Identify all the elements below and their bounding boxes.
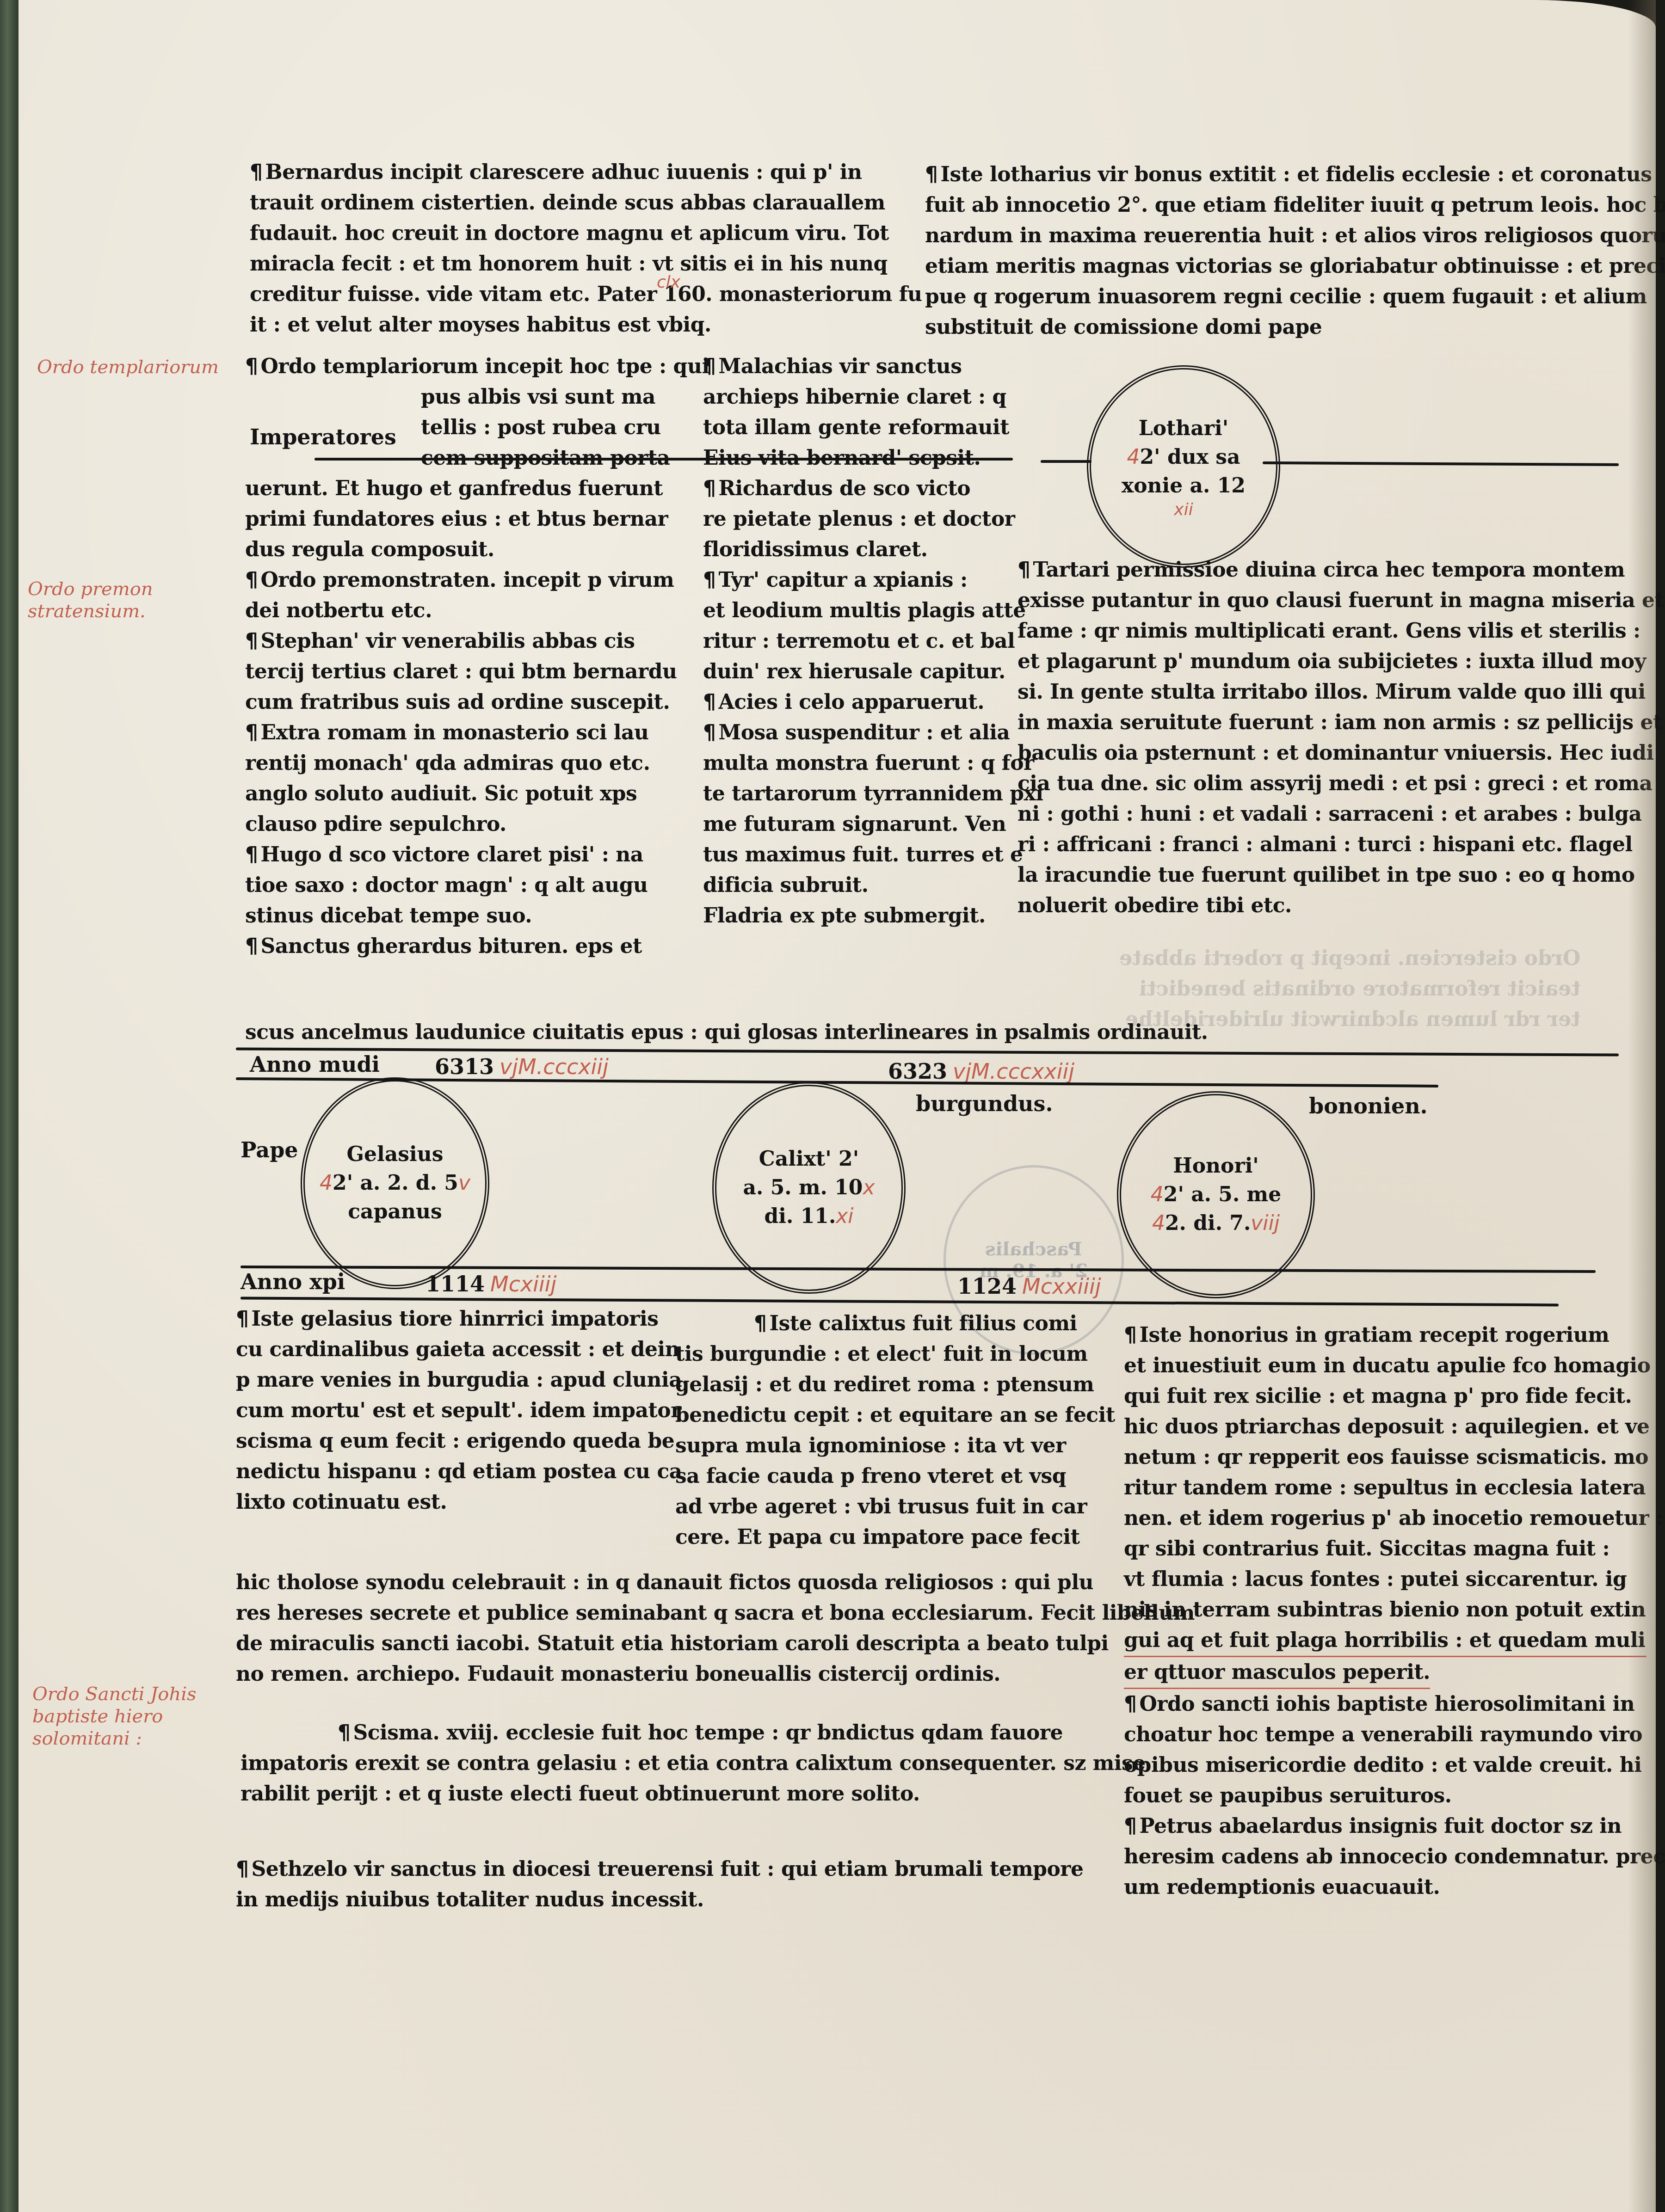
imperatores-label: Imperatores [250, 424, 396, 449]
anno-christi-year-1: 1114Mcxiiij [425, 1272, 556, 1296]
pilcrow-icon: ¶ [754, 1312, 767, 1335]
anno-mundi-label: Anno mudi [250, 1052, 380, 1077]
pilcrow-icon: ¶ [245, 568, 258, 592]
pilcrow-icon: ¶ [250, 160, 263, 184]
entry-bernardus: ¶Bernardus incipit clarescere adhuc iuue… [250, 157, 922, 340]
rubric-note-clx: clx [657, 273, 680, 292]
imperatores-rule-right [1263, 461, 1619, 466]
imperatores-rule-stub [1041, 460, 1091, 463]
marginal-note-premonstratensian: Ordo premon stratensium. [28, 578, 153, 622]
book-page: Ordo cistercien. incepit p roberti abbat… [18, 0, 1656, 2212]
pilcrow-icon: ¶ [703, 355, 716, 378]
pope-roundel-honorius: Honori' 42' a. 5. me 42. di. 7.viij [1117, 1091, 1315, 1298]
pilcrow-icon: ¶ [245, 629, 258, 653]
anno-christi-label: Anno xpi [240, 1269, 345, 1294]
entry-ancelmus: scus ancelmus laudunice ciuitatis epus :… [245, 1017, 1208, 1048]
pilcrow-icon: ¶ [703, 690, 716, 714]
pilcrow-icon: ¶ [245, 934, 258, 958]
anno-mundi-year-2: 6323vjM.cccxxiij [888, 1059, 1074, 1084]
entry-honorius: ¶Iste honorius in gratiam recepit rogeri… [1124, 1320, 1665, 1903]
entry-lotharius: ¶Iste lotharius vir bonus extitit : et f… [925, 160, 1665, 343]
pilcrow-icon: ¶ [236, 1857, 249, 1881]
entry-scisma: ¶Scisma. xviij. ecclesie fuit hoc tempe … [240, 1718, 1146, 1809]
pope-roundel-gelasius: Gelasius 42' a. 2. d. 5v capanus [301, 1077, 489, 1289]
entry-calixtus: ¶Iste calixtus fuit filius comi tis burg… [675, 1309, 1115, 1553]
book-spine [0, 0, 18, 2212]
entry-tartari: ¶Tartari permissioe diuina circa hec tem… [1017, 555, 1664, 921]
pilcrow-icon: ¶ [1017, 558, 1030, 582]
pilcrow-icon: ¶ [1124, 1692, 1137, 1716]
marginal-note-st-john: Ordo Sancti Johis baptiste hiero solomit… [32, 1683, 197, 1750]
pilcrow-icon: ¶ [245, 721, 258, 744]
pilcrow-icon: ¶ [703, 477, 716, 500]
pilcrow-icon: ¶ [1124, 1323, 1137, 1347]
entry-calixtus-continued: hic tholose synodu celebrauit : in q dan… [236, 1567, 1195, 1690]
page-edge-shadow [1628, 0, 1656, 2212]
marginal-note-templar: Ordo templariorum [37, 356, 219, 378]
anno-christi-year-2: 1124Mcxxiiij [957, 1274, 1101, 1299]
origin-bononien: bononien. [1309, 1094, 1428, 1118]
pilcrow-icon: ¶ [703, 721, 716, 744]
anno-mundi-year-1: 6313vjM.cccxiij [435, 1054, 609, 1079]
entry-gelasius: ¶Iste gelasius tiore hinrrici impatoris … [236, 1304, 682, 1518]
pilcrow-icon: ¶ [925, 163, 938, 186]
pope-roundel-calixtus: Calixt' 2' a. 5. m. 10x di. 11.xi [712, 1082, 906, 1294]
pilcrow-icon: ¶ [703, 568, 716, 592]
pape-label: Pape [240, 1137, 298, 1162]
pilcrow-icon: ¶ [245, 355, 258, 378]
pilcrow-icon: ¶ [245, 843, 258, 866]
pilcrow-icon: ¶ [338, 1721, 351, 1745]
emperor-roundel-lotharius: Lothari' 42' dux sa xonie a. 12 xii [1087, 365, 1280, 568]
origin-burgundus: burgundus. [916, 1091, 1053, 1116]
entry-sethzelo: ¶Sethzelo vir sanctus in diocesi treuere… [236, 1854, 1084, 1915]
pilcrow-icon: ¶ [1124, 1814, 1137, 1838]
pilcrow-icon: ¶ [236, 1307, 249, 1331]
column-b-entries: ¶Malachias vir sanctus archieps hibernie… [703, 351, 1027, 931]
